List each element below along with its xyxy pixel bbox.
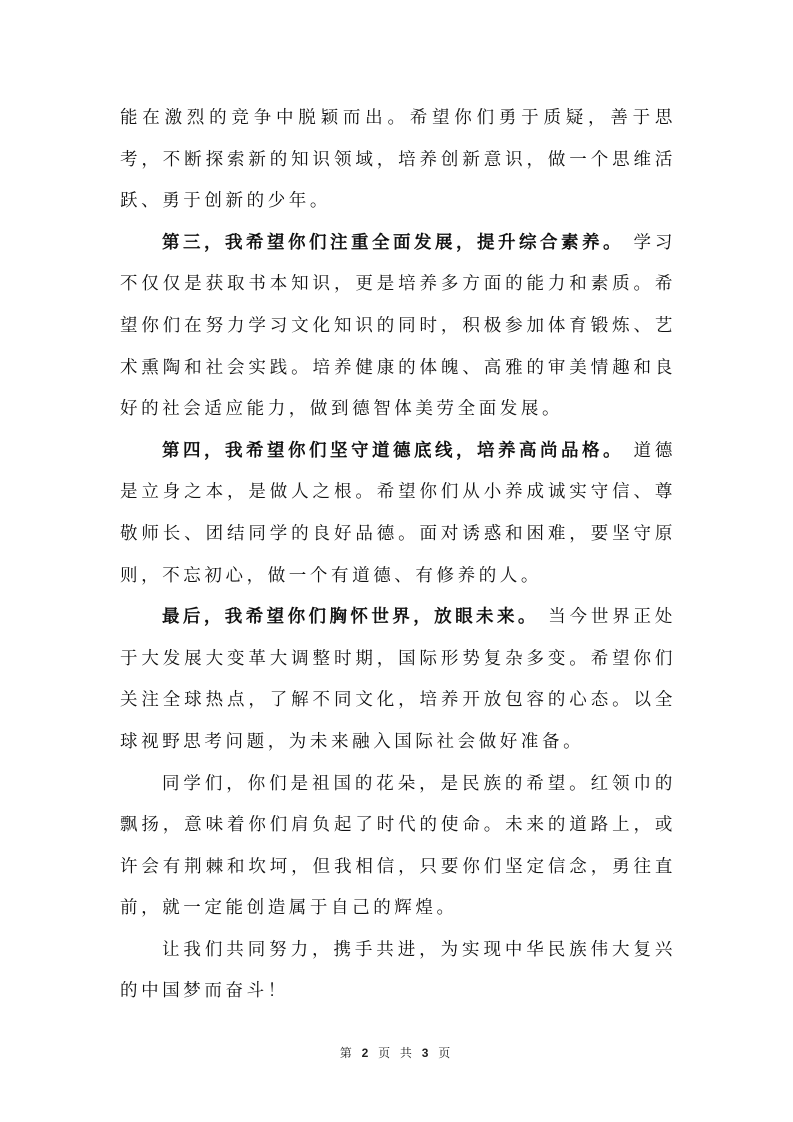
paragraph-text: 道德是立身之本，是做人之根。希望你们从小养成诚实守信、尊敬师长、团结同学的良好品… (120, 441, 676, 586)
paragraph-text: 学习不仅仅是获取书本知识，更是培养多方面的能力和素质。希望你们在努力学习文化知识… (120, 233, 676, 419)
current-page-number: 2 (362, 1046, 372, 1060)
paragraph-heading: 第三，我希望你们注重全面发展，提升综合素养。 (162, 233, 624, 253)
paragraph-third-point: 第三，我希望你们注重全面发展，提升综合素养。 学习不仅仅是获取书本知识，更是培养… (120, 223, 676, 431)
footer-suffix: 页 (438, 1046, 453, 1060)
document-page: 能在激烈的竞争中脱颖而出。希望你们勇于质疑，善于思考，不断探索新的知识领域，培养… (0, 0, 793, 1122)
total-page-number: 3 (422, 1046, 432, 1060)
footer-prefix: 第 (340, 1046, 355, 1060)
paragraph-students: 同学们，你们是祖国的花朵，是民族的希望。红领巾的飘扬，意味着你们肩负起了时代的使… (120, 764, 676, 930)
paragraph-text: 让我们共同努力，携手共进，为实现中华民族伟大复兴的中国梦而奋斗！ (120, 940, 676, 1002)
paragraph-text: 当今世界正处于大发展大变革大调整时期，国际形势复杂多变。希望你们关注全球热点，了… (120, 607, 676, 752)
paragraph-heading: 最后，我希望你们胸怀世界，放眼未来。 (162, 607, 539, 627)
footer-middle: 页 共 (378, 1046, 415, 1060)
paragraph-closing: 让我们共同努力，携手共进，为实现中华民族伟大复兴的中国梦而奋斗！ (120, 930, 676, 1013)
paragraph-final-point: 最后，我希望你们胸怀世界，放眼未来。 当今世界正处于大发展大变革大调整时期，国际… (120, 597, 676, 763)
paragraph-heading: 第四，我希望你们坚守道德底线，培养高尚品格。 (162, 441, 624, 461)
page-number-footer: 第 2 页 共 3 页 (0, 1044, 793, 1061)
document-body: 能在激烈的竞争中脱颖而出。希望你们勇于质疑，善于思考，不断探索新的知识领域，培养… (120, 98, 676, 1013)
paragraph-text: 能在激烈的竞争中脱颖而出。希望你们勇于质疑，善于思考，不断探索新的知识领域，培养… (120, 108, 676, 211)
paragraph-fourth-point: 第四，我希望你们坚守道德底线，培养高尚品格。 道德是立身之本，是做人之根。希望你… (120, 431, 676, 597)
paragraph-continued: 能在激烈的竞争中脱颖而出。希望你们勇于质疑，善于思考，不断探索新的知识领域，培养… (120, 98, 676, 223)
paragraph-text: 同学们，你们是祖国的花朵，是民族的希望。红领巾的飘扬，意味着你们肩负起了时代的使… (120, 774, 676, 919)
